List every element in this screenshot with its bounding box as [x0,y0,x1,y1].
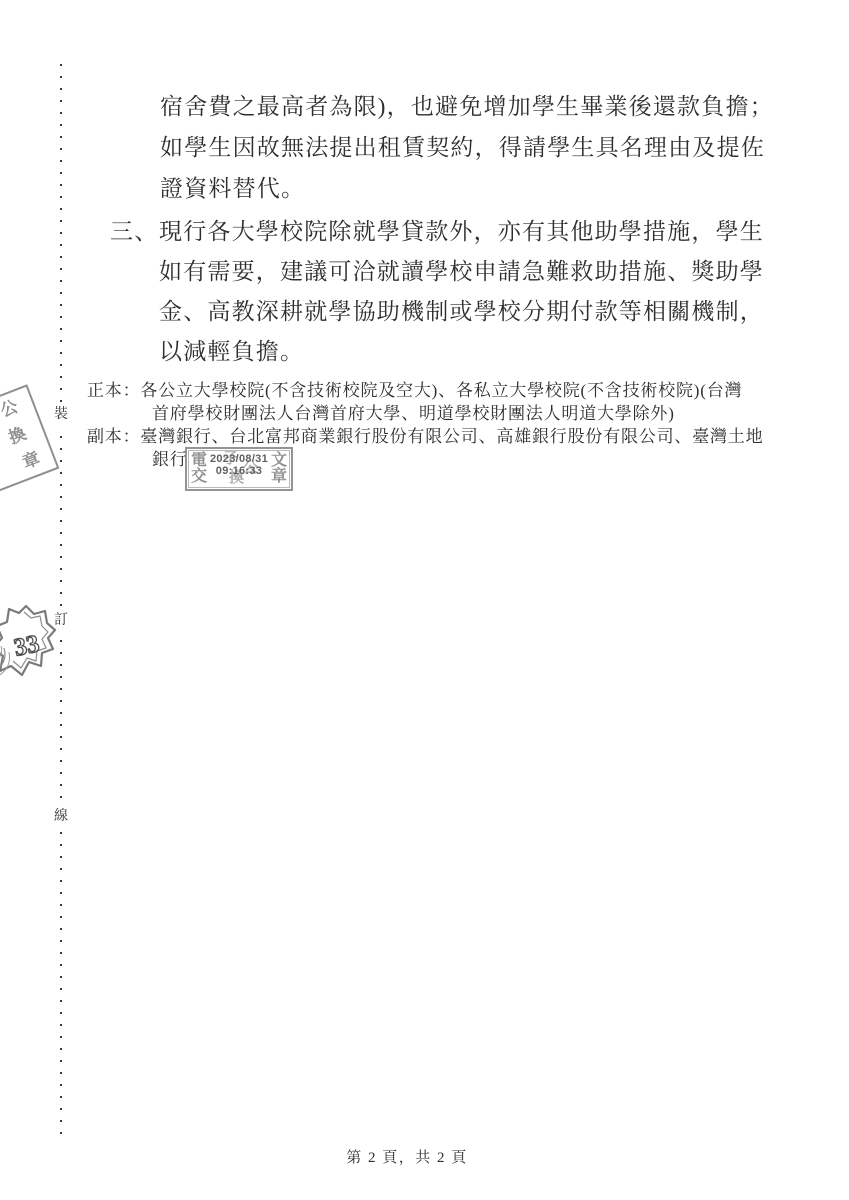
stamp-time: 09:16:33 [199,466,279,477]
binding-dotted-line [60,64,62,1142]
page-number-stamp-value: 33 [12,630,42,662]
recipient-original-line: 正本：各公立大學校院(不含技術校院及空大)、各私立大學校院(不含技術校院)(台灣 [87,379,763,402]
body-line: 以減輕負擔。 [159,332,764,372]
seam-stamp-char: 換 [6,425,28,447]
seam-stamp-char: 章 [20,449,42,471]
seam-stamp-char: 公 [0,398,20,420]
item-three-marker: 三、 [110,212,158,252]
body-line: 如有需要，建議可洽就讀學校申請急難救助措施、獎助學 [159,252,764,292]
body-line: 如學生因故無法提出租賃契約，得請學生具名理由及提佐 [160,127,774,168]
page-number-stamp: 33 [0,600,60,685]
item-three-paragraph: 現行各大學校院除就學貸款外，亦有其他助學措施，學生 如有需要，建議可洽就讀學校申… [159,212,764,372]
margin-mark-xian: 線 [53,806,69,828]
recipient-original-line: 首府學校財團法人台灣首府大學、明道學校財團法人明道大學除外) [87,402,763,425]
body-line: 金、高教深耕就學協助機制或學校分期付款等相關機制， [159,292,764,332]
stamp-date: 2023/08/31 [199,454,279,465]
page-indicator: 第 2 頁，共 2 頁 [0,1146,814,1167]
document-page: 裝 訂 線 文 交 縫 公 換 章 33 宿舍費之最高者為限)，也避免增加學生畢… [0,0,849,1200]
electronic-exchange-stamp: 子 公 換 電 文 交 章 2023/08/31 09:16:33 [185,447,293,491]
margin-mark-zhuang: 裝 [53,404,69,426]
seam-exchange-stamp: 文 交 縫 公 換 章 [0,384,59,497]
paragraph-continuation: 宿舍費之最高者為限)，也避免增加學生畢業後還款負擔； 如學生因故無法提出租賃契約… [160,86,774,209]
recipient-copy-line: 副本：臺灣銀行、台北富邦商業銀行股份有限公司、高雄銀行股份有限公司、臺灣土地 [87,425,763,448]
seam-stamp-char: 縫 [0,465,1,487]
body-line: 現行各大學校院除就學貸款外，亦有其他助學措施，學生 [159,212,764,252]
body-line: 宿舍費之最高者為限)，也避免增加學生畢業後還款負擔； [160,86,774,127]
body-line: 證資料替代。 [160,168,774,209]
star-stamp-shape: 33 [0,600,60,680]
